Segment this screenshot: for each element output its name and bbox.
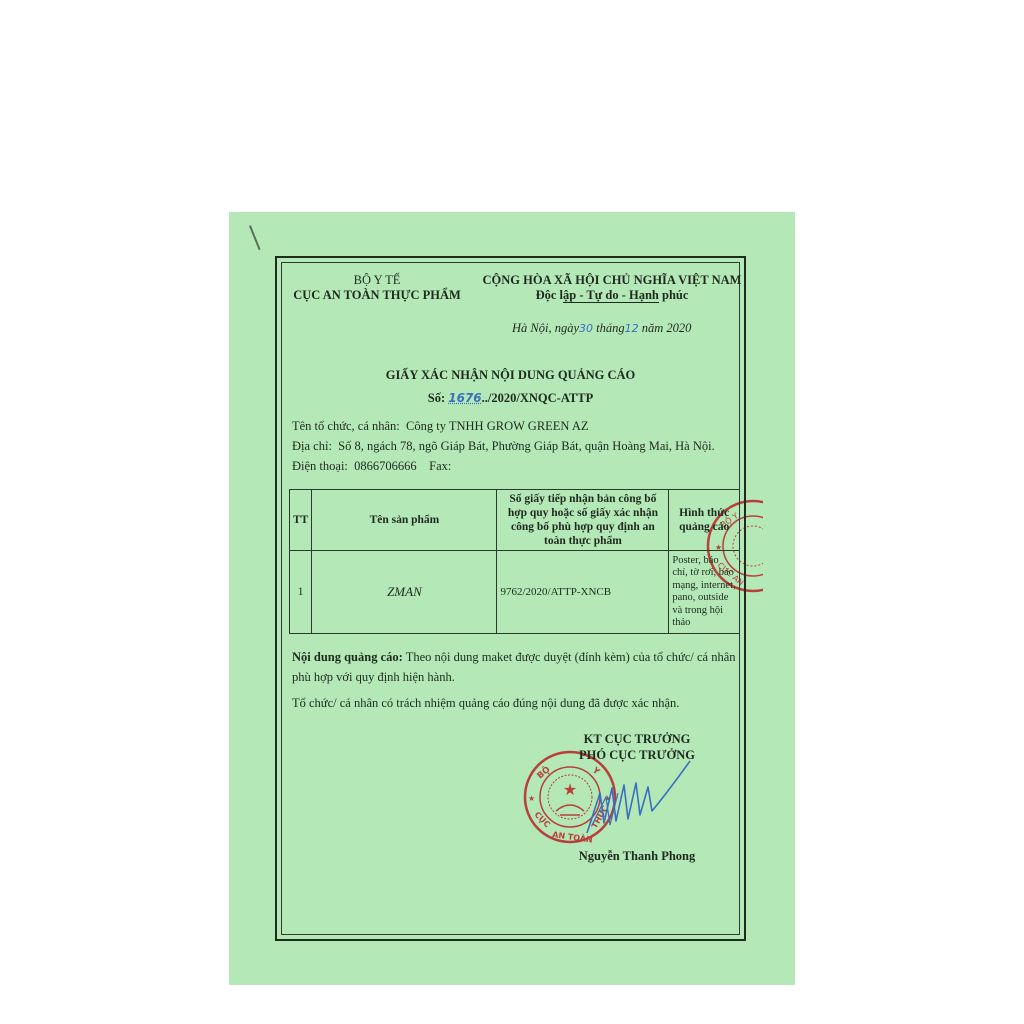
cell-certificate: 9762/2020/ATTP-XNCB — [497, 551, 669, 634]
org-address-line: Địa chỉ: Số 8, ngách 78, ngõ Giáp Bát, P… — [292, 436, 742, 456]
number-label: Số: — [428, 391, 449, 405]
department-name: CỤC AN TOÀN THỰC PHẨM — [282, 288, 472, 303]
svg-text:★: ★ — [528, 794, 535, 803]
date-month-label: tháng — [593, 321, 625, 335]
number-handwritten: 1676 — [448, 391, 481, 405]
motto-suffix: phúc — [659, 288, 689, 302]
table-header-row: TT Tên sản phẩm Số giấy tiếp nhận bản cô… — [290, 490, 740, 551]
document-border: BỘ Y TẾ CỤC AN TOÀN THỰC PHẨM CỘNG HÒA X… — [275, 256, 746, 941]
org-fax-label: Fax: — [429, 459, 451, 473]
organization-info: Tên tổ chức, cá nhân: Công ty TNHH GROW … — [292, 416, 742, 476]
date-place: Hà Nội, ngày — [512, 321, 579, 335]
org-phone-label: Điện thoại: — [292, 459, 348, 473]
cell-ad-form: Poster, báo chí, tờ rơi, báo mạng, inter… — [669, 551, 740, 634]
national-heading: CỘNG HÒA XÃ HỘI CHỦ NGHĨA VIỆT NAM Độc l… — [472, 273, 752, 303]
signatory-title-line1: KT CỤC TRƯỞNG — [562, 731, 712, 747]
responsibility-paragraph: Tổ chức/ cá nhân có trách nhiệm quảng cá… — [292, 693, 744, 713]
org-name-value: Công ty TNHH GROW GREEN AZ — [406, 419, 589, 433]
document-number: Số: 1676../2020/XNQC-ATTP — [282, 391, 739, 406]
document-title: GIẤY XÁC NHẬN NỘI DUNG QUẢNG CÁO — [282, 368, 739, 383]
issue-date: Hà Nội, ngày30 tháng12 năm 2020 — [512, 321, 742, 336]
header-tt: TT — [290, 490, 312, 551]
org-name-label: Tên tổ chức, cá nhân: — [292, 419, 400, 433]
motto-prefix: Độc l — [536, 288, 563, 302]
cell-product: ZMAN — [312, 551, 497, 634]
date-year: năm 2020 — [639, 321, 692, 335]
signer-name: Nguyễn Thanh Phong — [562, 849, 712, 864]
product-table: TT Tên sản phẩm Số giấy tiếp nhận bản cô… — [289, 489, 740, 634]
org-address-value: Số 8, ngách 78, ngõ Giáp Bát, Phường Giá… — [338, 439, 715, 453]
content-label: Nội dung quảng cáo: — [292, 650, 403, 664]
advertising-content: Nội dung quảng cáo: Theo nội dung maket … — [292, 647, 744, 719]
pen-mark — [249, 225, 261, 250]
issuing-authority: BỘ Y TẾ CỤC AN TOÀN THỰC PHẨM — [282, 273, 472, 303]
cell-tt: 1 — [290, 551, 312, 634]
signature-icon — [582, 753, 692, 843]
table-row: 1 ZMAN 9762/2020/ATTP-XNCB Poster, báo c… — [290, 551, 740, 634]
national-motto: Độc lập - Tự do - Hạnh phúc — [472, 288, 752, 303]
svg-text:★: ★ — [563, 782, 577, 799]
org-name-line: Tên tổ chức, cá nhân: Công ty TNHH GROW … — [292, 416, 742, 436]
header-certificate: Số giấy tiếp nhận bản công bố hợp quy ho… — [497, 490, 669, 551]
date-month: 12 — [625, 322, 639, 335]
document-page: BỘ Y CỤC AN ★ BỘ Y TẾ CỤC AN TOÀN THỰC P… — [229, 212, 795, 985]
org-address-label: Địa chỉ: — [292, 439, 332, 453]
ministry-name: BỘ Y TẾ — [282, 273, 472, 288]
date-day: 30 — [579, 322, 593, 335]
number-suffix: ../2020/XNQC-ATTP — [482, 391, 594, 405]
motto-underlined: ập - Tự do - Hạnh — [563, 288, 659, 303]
country-name: CỘNG HÒA XÃ HỘI CHỦ NGHĨA VIỆT NAM — [472, 273, 752, 288]
org-phone-value: 0866706666 — [354, 459, 417, 473]
content-paragraph: Nội dung quảng cáo: Theo nội dung maket … — [292, 647, 744, 687]
header-product-name: Tên sản phẩm — [312, 490, 497, 551]
header-ad-form: Hình thức quảng cáo — [669, 490, 740, 551]
org-phone-line: Điện thoại: 0866706666 Fax: — [292, 456, 742, 476]
document-inner-border: BỘ Y TẾ CỤC AN TOÀN THỰC PHẨM CỘNG HÒA X… — [281, 262, 740, 935]
